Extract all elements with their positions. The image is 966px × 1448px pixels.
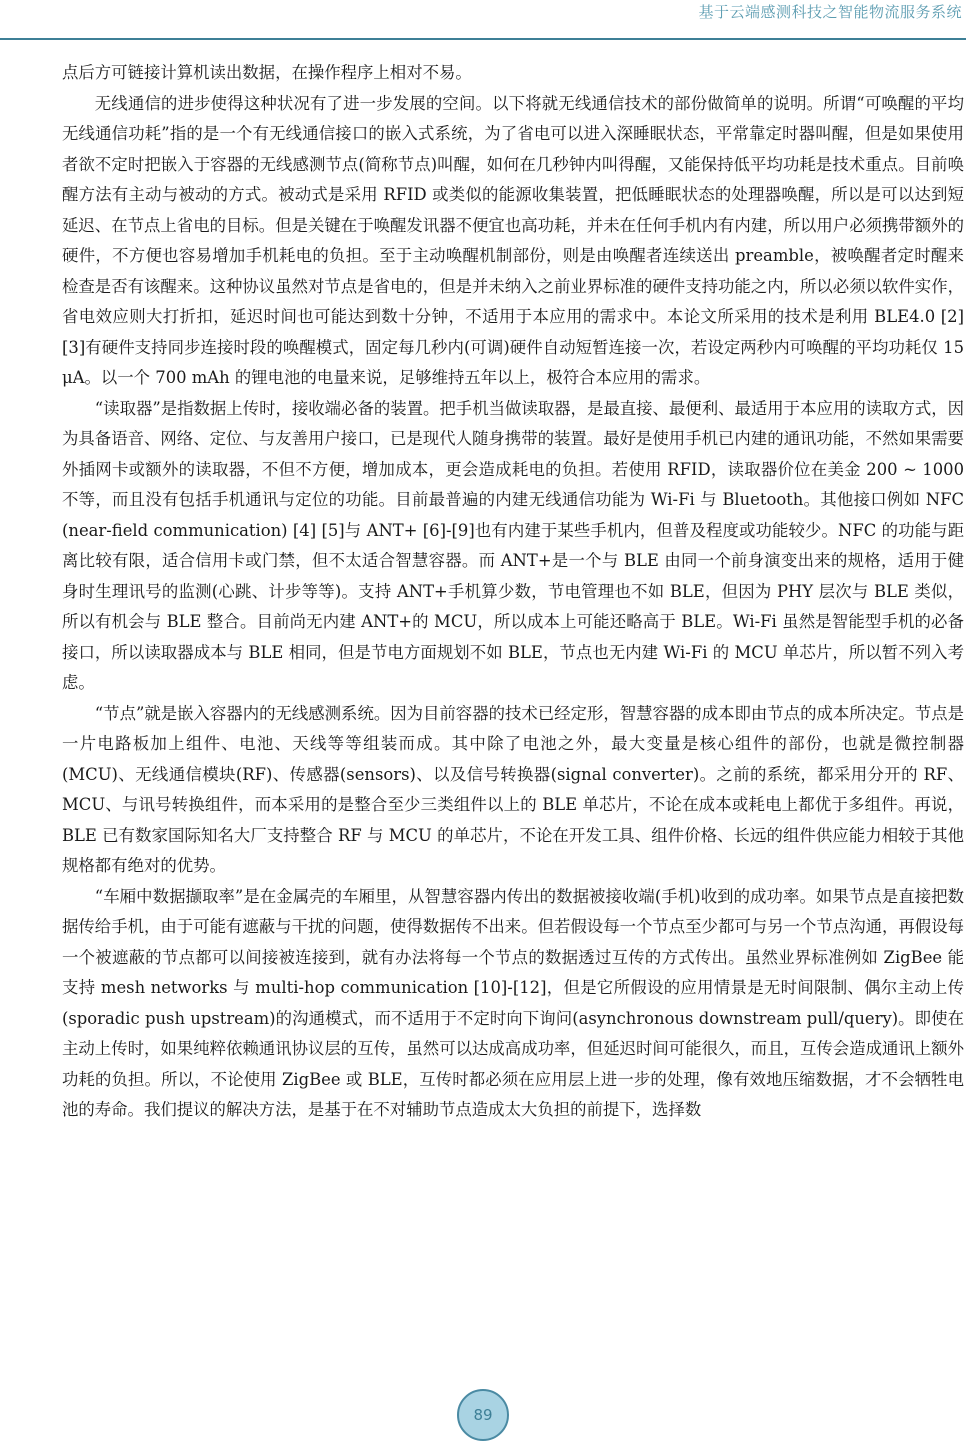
running-header-title: 基于云端感测科技之智能物流服务系统 [698, 1, 962, 22]
paragraph: “节点”就是嵌入容器内的无线感测系统。因为目前容器的技术已经定形，智慧容器的成本… [62, 699, 964, 882]
paragraph: 无线通信的进步使得这种状况有了进一步发展的空间。以下将就无线通信技术的部份做简单… [62, 89, 964, 394]
body-text: 点后方可链接计算机读出数据，在操作程序上相对不易。 无线通信的进步使得这种状况有… [62, 58, 964, 1126]
paragraph: “读取器”是指数据上传时，接收端必备的装置。把手机当做读取器，是最直接、最便利、… [62, 394, 964, 699]
page-number-badge: 89 [457, 1389, 509, 1441]
header-rule [0, 38, 966, 40]
paragraph: 点后方可链接计算机读出数据，在操作程序上相对不易。 [62, 58, 964, 89]
page-number: 89 [473, 1406, 492, 1424]
paragraph: “车厢中数据撷取率”是在金属壳的车厢里，从智慧容器内传出的数据被接收端(手机)收… [62, 882, 964, 1126]
